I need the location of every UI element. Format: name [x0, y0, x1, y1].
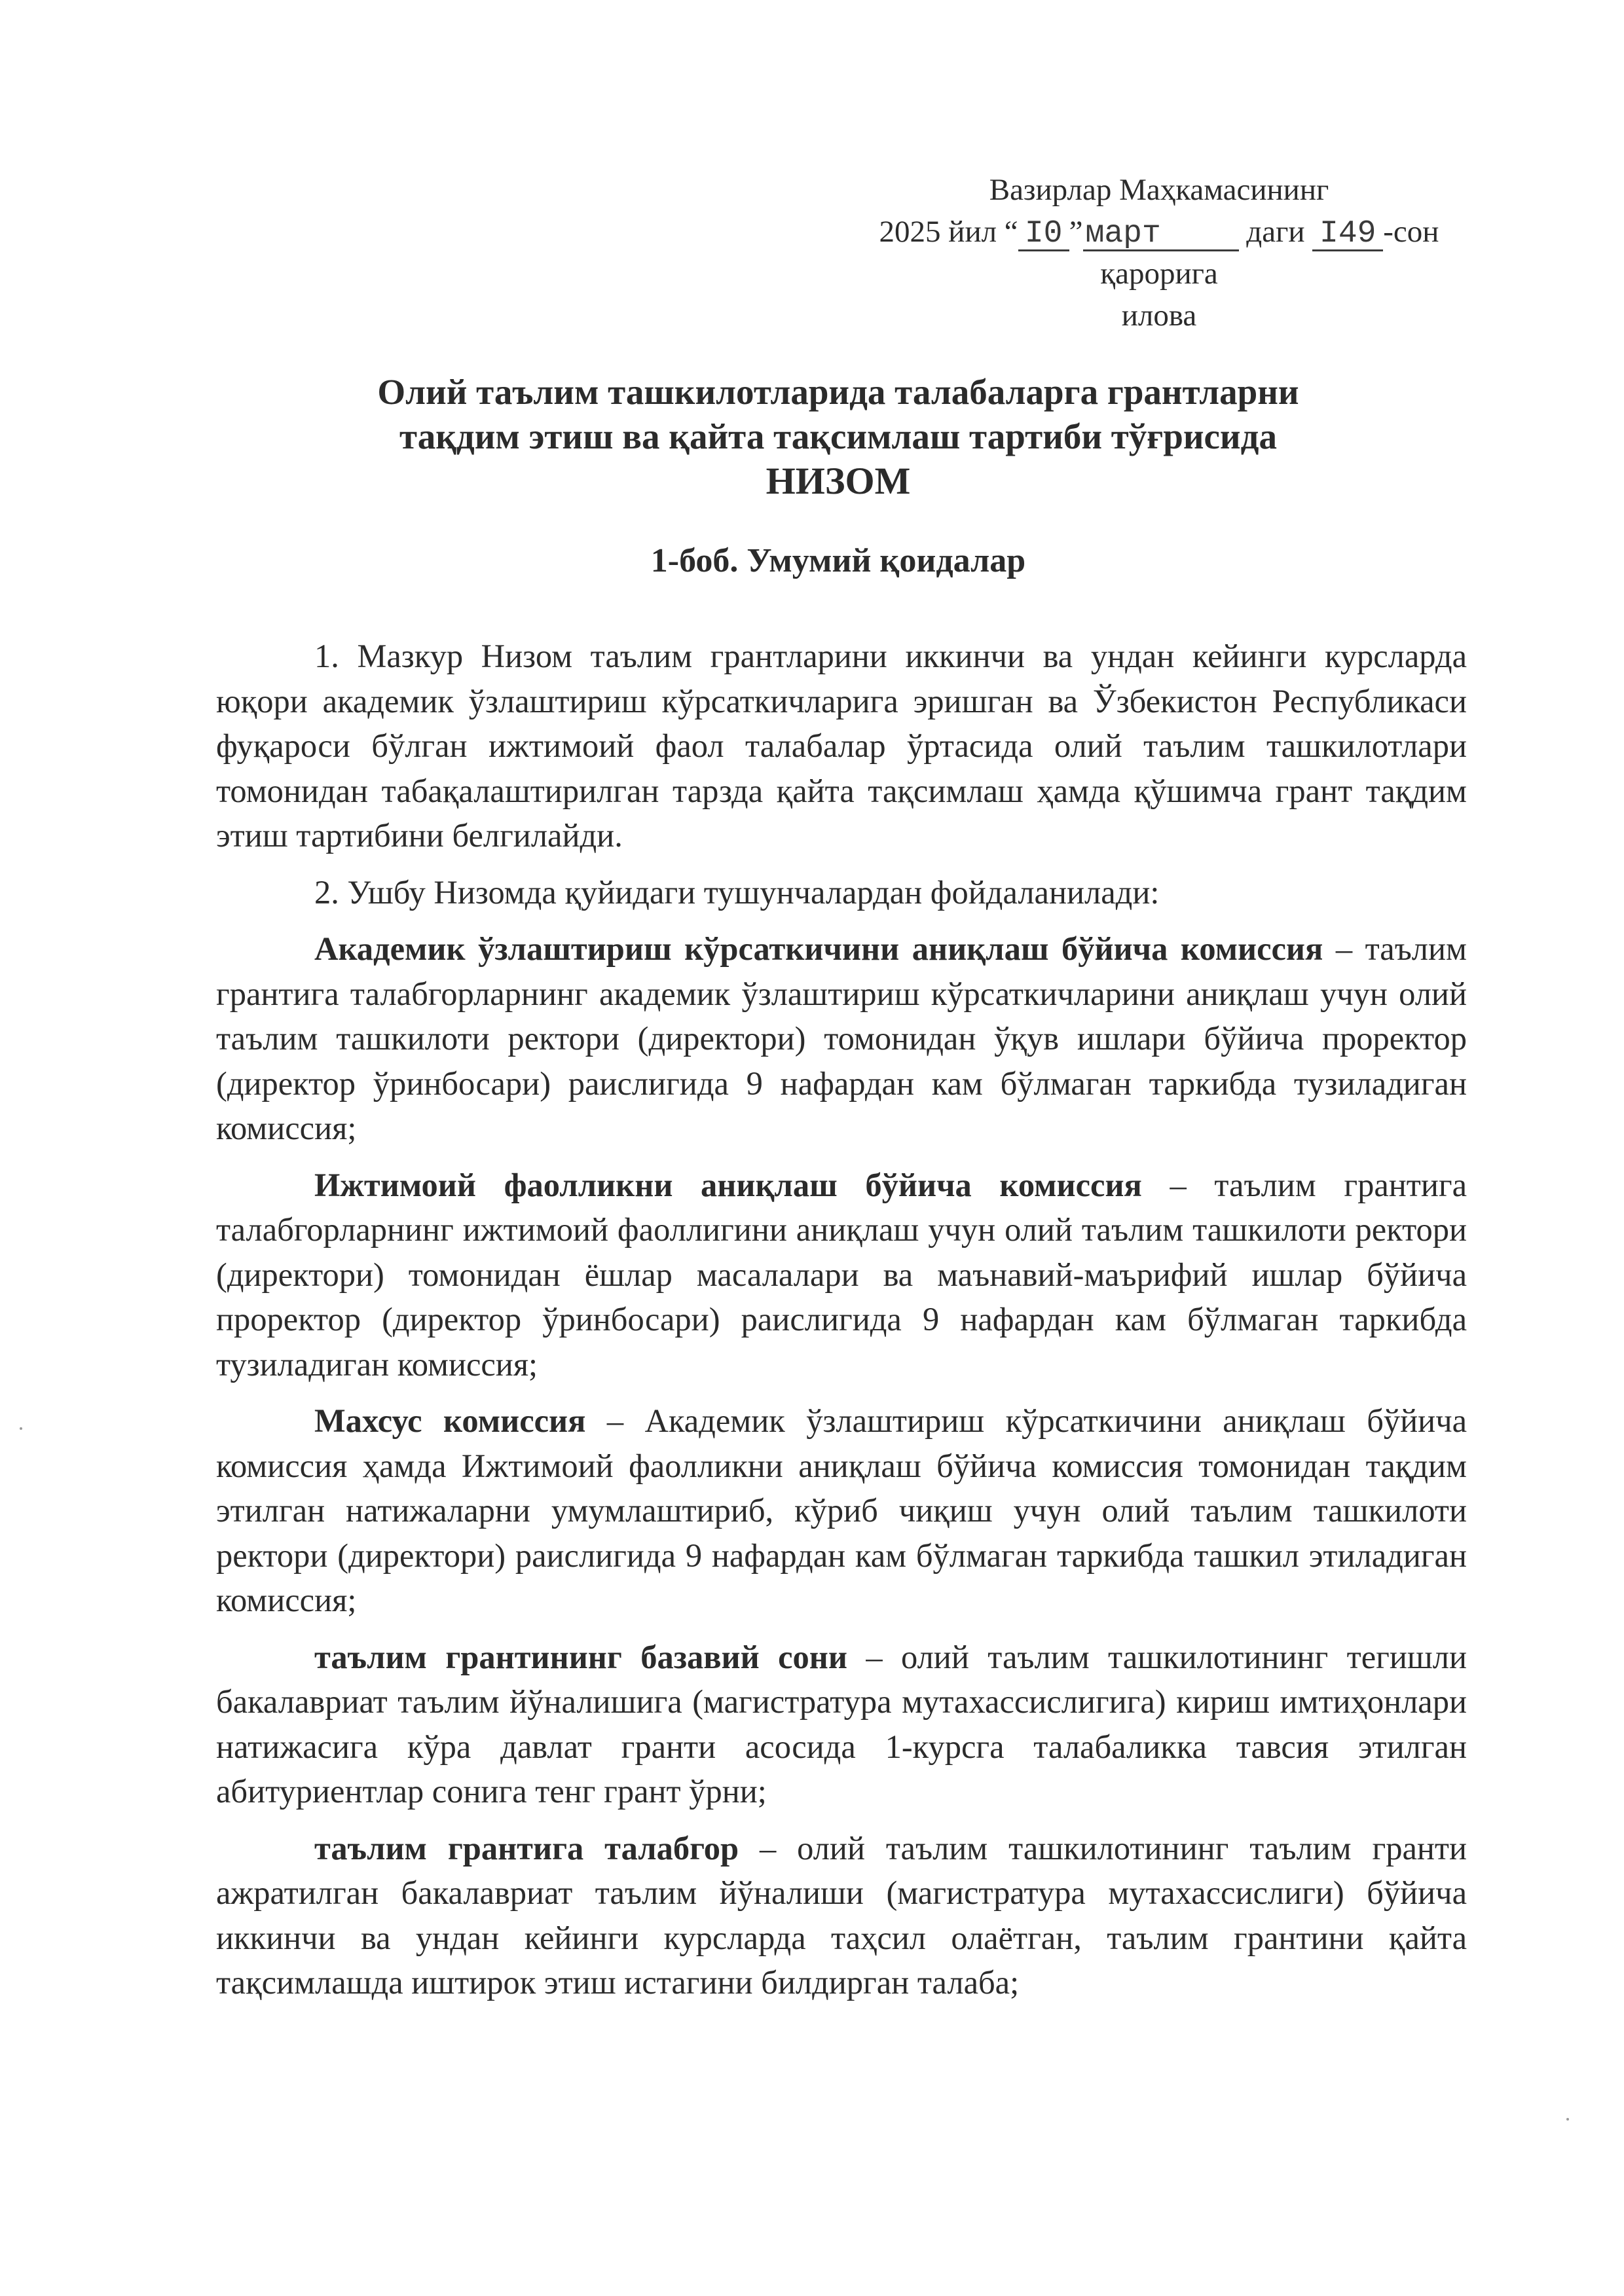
- scan-speck: [1566, 2118, 1569, 2121]
- paragraph-text: 2. Ушбу Низомда қуйидаги тушунчалардан ф…: [314, 874, 1159, 911]
- title-main: НИЗОМ: [196, 459, 1480, 503]
- appendix-dagi: даги: [1239, 215, 1313, 249]
- appendix-quote-close: ”: [1069, 215, 1083, 249]
- definition-base-grant-count: таълим грантининг базавий сони – олий та…: [216, 1635, 1467, 1814]
- title-line-2: тақдим этиш ва қайта тақсимлаш тартиби т…: [196, 414, 1480, 459]
- paragraph-1: 1. Мазкур Низом таълим грантларини иккин…: [216, 634, 1467, 858]
- definition-term: Ижтимоий фаолликни аниқлаш бўйича комисс…: [314, 1167, 1142, 1203]
- definition-social-commission: Ижтимоий фаолликни аниқлаш бўйича комисс…: [216, 1163, 1467, 1387]
- document-body: 1. Мазкур Низом таълим грантларини иккин…: [216, 634, 1467, 2017]
- definition-term: Академик ўзлаштириш кўрсаткичини аниқлаш…: [314, 930, 1323, 967]
- appendix-issuer: Вазирлар Маҳкамасининг: [825, 169, 1493, 211]
- appendix-label: илова: [825, 295, 1493, 337]
- decree-number-field: I49: [1312, 218, 1383, 251]
- paragraph-2: 2. Ушбу Низомда қуйидаги тушунчалардан ф…: [216, 870, 1467, 915]
- definition-academic-commission: Академик ўзлаштириш кўрсаткичини аниқлаш…: [216, 926, 1467, 1151]
- definition-term: таълим грантига талабгор: [314, 1830, 739, 1867]
- definition-grant-applicant: таълим грантига талабгор – олий таълим т…: [216, 1826, 1467, 2005]
- document-page: Вазирлар Маҳкамасининг 2025 йил “I0”март…: [0, 0, 1624, 2296]
- definition-term: таълим грантининг базавий сони: [314, 1639, 847, 1675]
- appendix-header: Вазирлар Маҳкамасининг 2025 йил “I0”март…: [825, 169, 1493, 337]
- paragraph-text: 1. Мазкур Низом таълим грантларини иккин…: [216, 638, 1467, 854]
- decree-month-field: март: [1083, 218, 1239, 251]
- appendix-decree-line: 2025 йил “I0”март даги I49-сон қарорига: [825, 211, 1493, 295]
- decree-day-field: I0: [1018, 218, 1069, 251]
- document-title: Олий таълим ташкилотларида талабаларга г…: [196, 370, 1480, 503]
- appendix-year-prefix: 2025 йил “: [879, 215, 1018, 249]
- scan-speck: [20, 1427, 22, 1430]
- chapter-heading: 1-боб. Умумий қоидалар: [196, 540, 1480, 582]
- definition-special-commission: Махсус комиссия – Академик ўзлаштириш кў…: [216, 1398, 1467, 1623]
- definition-term: Махсус комиссия: [314, 1402, 585, 1439]
- title-line-1: Олий таълим ташкилотларида талабаларга г…: [196, 370, 1480, 414]
